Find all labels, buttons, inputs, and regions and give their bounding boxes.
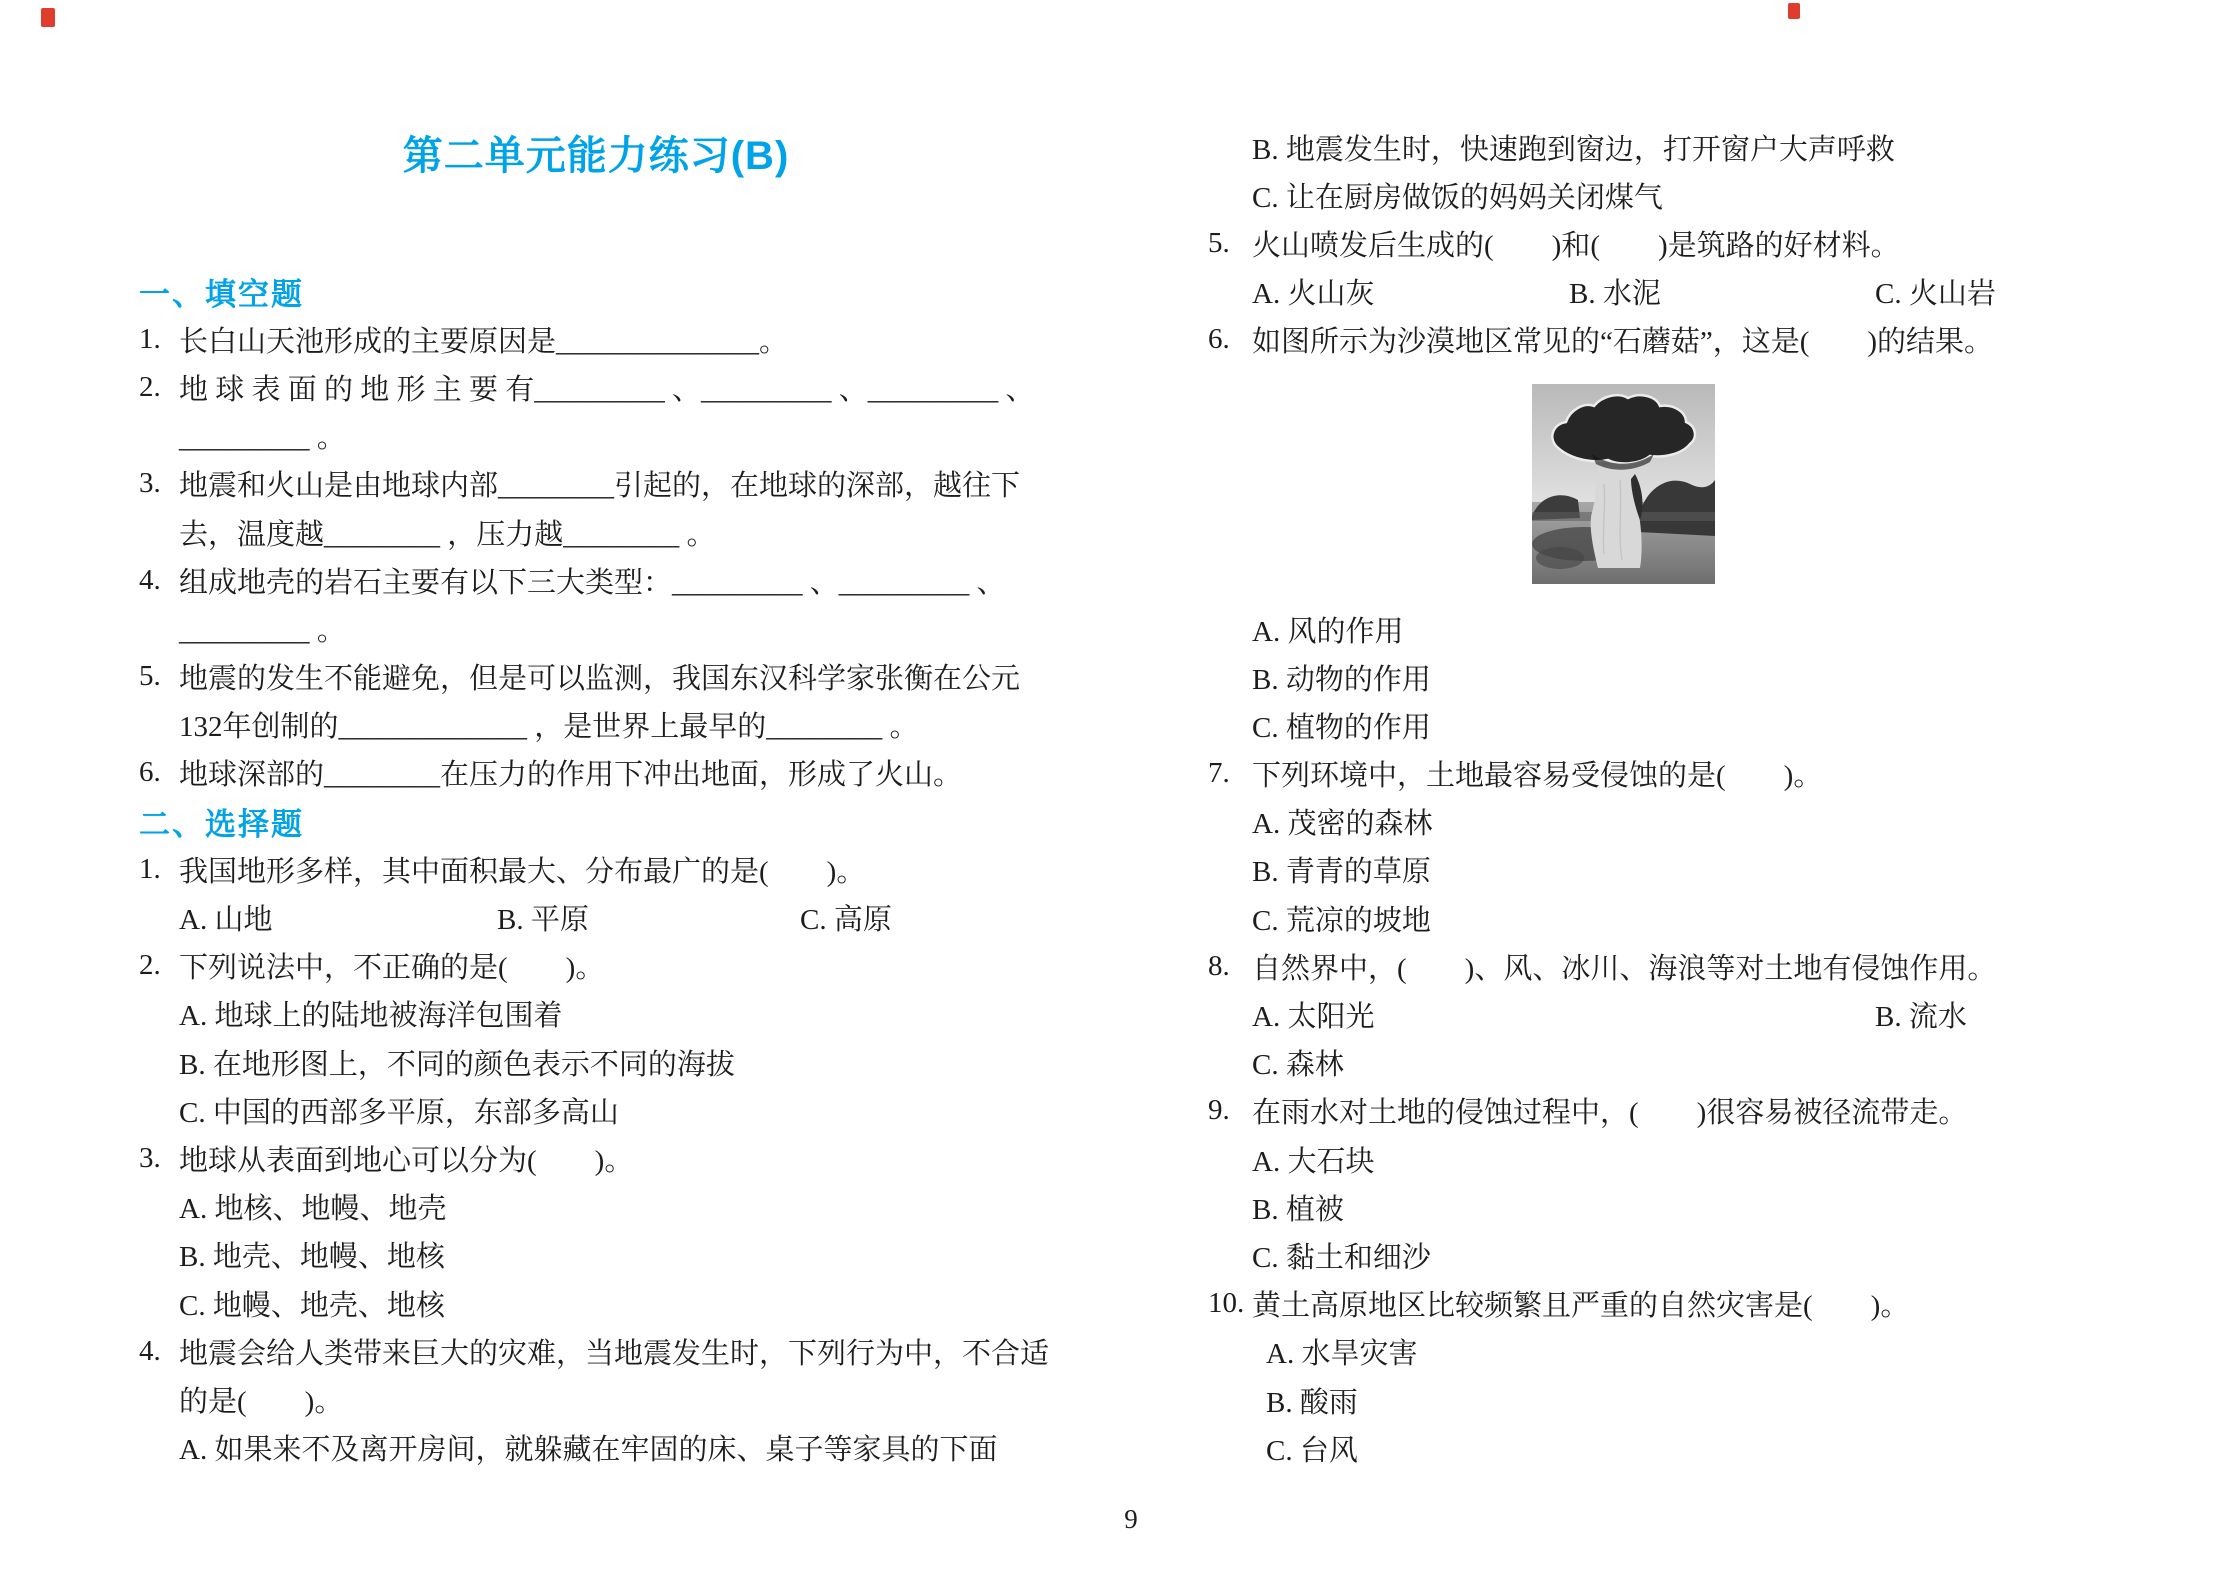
figure-block (1208, 364, 2008, 605)
choice-q1-options-row: A. 山地B. 平原C. 高原 (139, 893, 1055, 941)
choice-q9: 9.在雨水对土地的侵蚀过程中，( )很容易被径流带走。 (1208, 1087, 2008, 1135)
question-text: 在雨水对土地的侵蚀过程中，( )很容易被径流带走。 (1252, 1090, 1967, 1131)
question-number: 5. (1208, 227, 1252, 260)
choice-q2-option-b: B. 在地形图上，不同的颜色表示不同的海拔 (139, 1038, 1055, 1086)
fillin-q3: 3.地震和火山是由地球内部________引起的，在地球的深部，越往下 (139, 460, 1055, 508)
choice-q7: 7.下列环境中，土地最容易受侵蚀的是( )。 (1208, 750, 2008, 798)
question-number: 4. (139, 564, 179, 597)
choice-q3: 3.地球从表面到地心可以分为( )。 (139, 1134, 1055, 1182)
question-text: _________ 。 (179, 608, 346, 649)
choice-q10-option-c: C. 台风 (1208, 1424, 2008, 1472)
choice-q9-option-a: A. 大石块 (1208, 1135, 2008, 1183)
question-number: 1. (139, 323, 179, 356)
question-text: 黄土高原地区比较频繁且严重的自然灾害是( )。 (1252, 1283, 1909, 1324)
question-number: 7. (1208, 757, 1252, 790)
page-number: 9 (1095, 1504, 1167, 1535)
section-header-choice: 二、选择题 (139, 797, 1055, 845)
question-text: 去，温度越________ ，压力越________ 。 (179, 512, 716, 553)
choice-q9-option-c: C. 黏土和细沙 (1208, 1231, 2008, 1279)
choice-q4-option-a: A. 如果来不及离开房间，就躲藏在牢固的床、桌子等家具的下面 (139, 1424, 1055, 1472)
question-number: 4. (139, 1335, 179, 1368)
question-number: 6. (139, 756, 179, 789)
choice-q5: 5.火山喷发后生成的( )和( )是筑路的好材料。 (1208, 219, 2008, 267)
choice-q5-options-row: A. 火山灰B. 水泥C. 火山岩 (1208, 268, 2008, 316)
question-text: 火山喷发后生成的( )和( )是筑路的好材料。 (1252, 223, 1900, 264)
choice-q10: 10.黄土高原地区比较频繁且严重的自然灾害是( )。 (1208, 1280, 2008, 1328)
choice-q3-option-c: C. 地幔、地壳、地核 (139, 1279, 1055, 1327)
page-title: 第二单元能力练习(B) (139, 124, 1053, 181)
choice-q9-option-b: B. 植被 (1208, 1183, 2008, 1231)
fillin-q5: 5.地震的发生不能避免，但是可以监测，我国东汉科学家张衡在公元 (139, 653, 1055, 701)
choice-q2-option-c: C. 中国的西部多平原，东部多高山 (139, 1086, 1055, 1134)
question-text: 地球从表面到地心可以分为( )。 (179, 1138, 633, 1179)
fillin-q2: 2.地 球 表 面 的 地 形 主 要 有_________ 、________… (139, 363, 1055, 411)
question-text: 132年创制的_____________ ，是世界上最早的________ 。 (179, 704, 919, 745)
choice-q2-option-a: A. 地球上的陆地被海洋包围着 (139, 990, 1055, 1038)
choice-q1-option-b: B. 平原 (497, 897, 800, 938)
right-column: B. 地震发生时，快速跑到窗边，打开窗户大声呼救 C. 让在厨房做饭的妈妈关闭煤… (1208, 123, 2008, 1472)
fillin-q4: 4.组成地壳的岩石主要有以下三大类型：_________ 、_________ … (139, 556, 1055, 604)
choice-q7-option-b: B. 青青的草原 (1208, 846, 2008, 894)
worksheet-page: 第二单元能力练习(B) 一、填空题 1.长白山天池形成的主要原因是_______… (0, 0, 2220, 1571)
question-number: 9. (1208, 1094, 1252, 1127)
question-text: _________ 。 (179, 415, 346, 456)
choice-q7-option-c: C. 荒凉的坡地 (1208, 894, 2008, 942)
choice-q8: 8.自然界中，( )、风、冰川、海浪等对土地有侵蚀作用。 (1208, 942, 2008, 990)
question-text: 如图所示为沙漠地区常见的“石蘑菇”，这是( )的结果。 (1252, 319, 1993, 360)
choice-q6-option-b: B. 动物的作用 (1208, 653, 2008, 701)
question-text: 地震和火山是由地球内部________引起的，在地球的深部，越往下 (179, 463, 1020, 504)
fillin-q6: 6.地球深部的________在压力的作用下冲出地面，形成了火山。 (139, 749, 1055, 797)
question-number: 5. (139, 660, 179, 693)
question-text: 地 球 表 面 的 地 形 主 要 有_________ 、_________ … (179, 367, 1035, 408)
choice-q5-option-b: B. 水泥 (1569, 271, 1875, 312)
question-number: 1. (139, 853, 179, 886)
question-number: 3. (139, 1142, 179, 1175)
choice-q10-option-b: B. 酸雨 (1208, 1376, 2008, 1424)
choice-q5-option-a: A. 火山灰 (1252, 271, 1569, 312)
choice-q3-option-a: A. 地核、地幔、地壳 (139, 1183, 1055, 1231)
question-number: 8. (1208, 950, 1252, 983)
question-text: 地震的发生不能避免，但是可以监测，我国东汉科学家张衡在公元 (179, 656, 1020, 697)
choice-q8-option-c: C. 森林 (1208, 1039, 2008, 1087)
choice-q8-option-b: B. 流水 (1875, 994, 1967, 1035)
question-text: 长白山天池形成的主要原因是______________。 (179, 319, 788, 360)
choice-q6-option-a: A. 风的作用 (1208, 605, 2008, 653)
fillin-q1: 1.长白山天池形成的主要原因是______________。 (139, 315, 1055, 363)
choice-q6-option-c: C. 植物的作用 (1208, 701, 2008, 749)
choice-q1-option-c: C. 高原 (800, 897, 892, 938)
question-text: 自然界中，( )、风、冰川、海浪等对土地有侵蚀作用。 (1252, 946, 1996, 987)
choice-q4: 4.地震会给人类带来巨大的灾难，当地震发生时，下列行为中，不合适 (139, 1327, 1055, 1375)
left-column: 一、填空题 1.长白山天池形成的主要原因是______________。 2.地… (139, 267, 1055, 1472)
choice-q8-option-a: A. 太阳光 (1252, 994, 1875, 1035)
question-number: 2. (139, 371, 179, 404)
red-print-artifact (1788, 3, 1800, 19)
question-number: 2. (139, 949, 179, 982)
choice-q4-option-c: C. 让在厨房做饭的妈妈关闭煤气 (1208, 171, 2008, 219)
red-print-artifact (41, 8, 55, 27)
choice-q10-option-a: A. 水旱灾害 (1208, 1328, 2008, 1376)
question-text: 地球深部的________在压力的作用下冲出地面，形成了火山。 (179, 752, 962, 793)
choice-q4-option-b: B. 地震发生时，快速跑到窗边，打开窗户大声呼救 (1208, 123, 2008, 171)
question-text: 地震会给人类带来巨大的灾难，当地震发生时，下列行为中，不合适 (179, 1331, 1049, 1372)
choice-q1: 1.我国地形多样，其中面积最大、分布最广的是( )。 (139, 845, 1055, 893)
question-number: 3. (139, 467, 179, 500)
section-header-fill-in: 一、填空题 (139, 267, 1055, 315)
choice-q5-option-c: C. 火山岩 (1875, 271, 1996, 312)
question-number: 6. (1208, 323, 1252, 356)
choice-q7-option-a: A. 茂密的森林 (1208, 798, 2008, 846)
fillin-q2-continuation: _________ 。 (139, 412, 1055, 460)
question-text: 我国地形多样，其中面积最大、分布最广的是( )。 (179, 849, 865, 890)
choice-q2: 2.下列说法中，不正确的是( )。 (139, 942, 1055, 990)
question-text: 下列环境中，土地最容易受侵蚀的是( )。 (1252, 753, 1822, 794)
mushroom-rock-photo (1532, 384, 1715, 584)
question-number: 10. (1208, 1287, 1252, 1320)
choice-q4-continuation: 的是( )。 (139, 1375, 1055, 1423)
choice-q1-option-a: A. 山地 (179, 897, 497, 938)
choice-q8-options-row: A. 太阳光B. 流水 (1208, 990, 2008, 1038)
fillin-q3-continuation: 去，温度越________ ，压力越________ 。 (139, 508, 1055, 556)
choice-q6: 6.如图所示为沙漠地区常见的“石蘑菇”，这是( )的结果。 (1208, 316, 2008, 364)
question-text: 下列说法中，不正确的是( )。 (179, 945, 604, 986)
question-text: 组成地壳的岩石主要有以下三大类型：_________ 、_________ 、 (179, 560, 1006, 601)
choice-q3-option-b: B. 地壳、地幔、地核 (139, 1231, 1055, 1279)
fillin-q5-continuation: 132年创制的_____________ ，是世界上最早的________ 。 (139, 701, 1055, 749)
fillin-q4-continuation: _________ 。 (139, 604, 1055, 652)
